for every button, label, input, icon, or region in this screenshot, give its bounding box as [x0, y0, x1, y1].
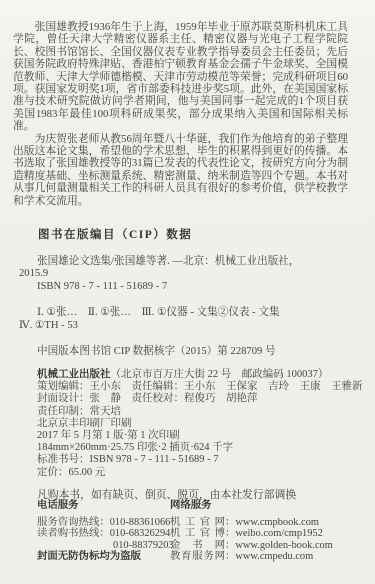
- network-service-column: 网络服务 机工官网：www.cmpbook.com 机工官博：weibo.com…: [170, 500, 365, 563]
- network-service-row: 机工官博：weibo.com/cmp1952: [170, 528, 365, 540]
- phone-row-label: 读者购书热线：: [37, 528, 110, 539]
- cip-isbn-line: ISBN 978 - 7 - 111 - 51689 - 7: [37, 281, 357, 293]
- editors-line-1: 策划编辑：王小东 责任编辑：王小东 王保家 吉玲 王康 王雅新: [37, 381, 361, 393]
- publisher-address: （北京市百万庄大街 22 号 邮政编码 100037）: [111, 369, 329, 380]
- cip-class-line-1: Ⅰ. ①张… Ⅱ. ①张… Ⅲ. ①仪器 - 文集②仪表 - 文集: [37, 307, 357, 320]
- intro-paragraph-2: 为庆贺张老师从教56周年暨八十华诞，我们作为他培育的弟子整理出版这本论文集，希望…: [13, 133, 348, 207]
- network-row-label: 金书网: [170, 540, 225, 552]
- author-introduction: 张国雄教授1936年生于上海，1959年毕业于原苏联莫斯科机床工具学院，曾任天津…: [13, 21, 348, 207]
- cip-entry-year-line: 2015.9: [19, 268, 357, 280]
- cip-entry-title-line: 张国雄论文选集/张国雄等著. —北京：机械工业出版社，: [37, 256, 357, 268]
- phone-service-row: 010-88379203: [37, 540, 170, 552]
- service-info: 电话服务 服务咨询热线：010-88361066 读者购书热线：010-6832…: [37, 500, 365, 563]
- phone-row-label: 服务咨询热线：: [37, 517, 110, 528]
- editors-line-2: 封面设计：张 静 责任校对：程俊巧 胡艳萍: [37, 393, 361, 405]
- cip-class-line-2: Ⅳ. ①TH - 53: [19, 320, 357, 333]
- editors-line-3: 责任印制：常天培: [37, 406, 361, 418]
- printer-line: 北京京丰印刷厂印刷: [37, 418, 361, 430]
- cip-record-number: 中国版本图书馆 CIP 数据核字（2015）第 228709 号: [37, 343, 276, 358]
- network-row-value: ：www.cmpbook.com: [225, 517, 319, 528]
- colophon-block: 机械工业出版社（北京市百万庄大街 22 号 邮政编码 100037） 策划编辑：…: [37, 369, 361, 479]
- network-row-value: ：weibo.com/cmp1952: [225, 528, 323, 539]
- format-line: 184mm×260mm·25.75 印张·2 插页·624 千字: [37, 442, 361, 454]
- anti-piracy-notice: 封面无防伪标均为盗版: [37, 551, 170, 563]
- phone-service-heading: 电话服务: [37, 500, 170, 512]
- edition-line: 2017 年 5 月第 1 版·第 1 次印刷: [37, 430, 361, 442]
- network-row-value: ：www.cmpedu.com: [225, 551, 313, 562]
- network-row-label: 机工官网: [170, 517, 225, 529]
- network-service-heading: 网络服务: [170, 500, 365, 512]
- phone-service-column: 电话服务 服务咨询热线：010-88361066 读者购书热线：010-6832…: [37, 500, 170, 563]
- phone-service-row: 读者购书热线：010-68326294: [37, 528, 170, 540]
- cip-classification: Ⅰ. ①张… Ⅱ. ①张… Ⅲ. ①仪器 - 文集②仪表 - 文集 Ⅳ. ①TH…: [37, 307, 357, 332]
- price-line: 定价：65.00 元: [37, 467, 361, 479]
- phone-row-value: 010-68326294: [110, 528, 171, 539]
- cip-heading: 图书在版编目（CIP）数据: [38, 226, 192, 242]
- network-service-row: 机工官网：www.cmpbook.com: [170, 517, 365, 529]
- network-service-row: 教育服务网：www.cmpedu.com: [170, 551, 365, 563]
- phone-row-value: 010-88361066: [110, 517, 171, 528]
- network-row-value: ：www.golden-book.com: [225, 540, 333, 551]
- intro-paragraph-1: 张国雄教授1936年生于上海，1959年毕业于原苏联莫斯科机床工具学院，曾任天津…: [13, 21, 348, 133]
- network-service-row: 金书网：www.golden-book.com: [170, 540, 365, 552]
- publisher-name: 机械工业出版社: [37, 369, 111, 380]
- book-number-line: 标准书号：ISBN 978 - 7 - 111 - 51689 - 7: [37, 454, 361, 466]
- network-row-label: 教育服务网: [170, 551, 225, 563]
- cip-entry: 张国雄论文选集/张国雄等著. —北京：机械工业出版社， 2015.9 ISBN …: [37, 256, 357, 293]
- phone-row-value: 010-88379203: [113, 540, 174, 551]
- copyright-page: 张国雄教授1936年生于上海，1959年毕业于原苏联莫斯科机床工具学院，曾任天津…: [0, 0, 375, 584]
- phone-service-row: 服务咨询热线：010-88361066: [37, 517, 170, 529]
- publisher-line: 机械工业出版社（北京市百万庄大街 22 号 邮政编码 100037）: [37, 369, 361, 381]
- network-row-label: 机工官博: [170, 528, 225, 540]
